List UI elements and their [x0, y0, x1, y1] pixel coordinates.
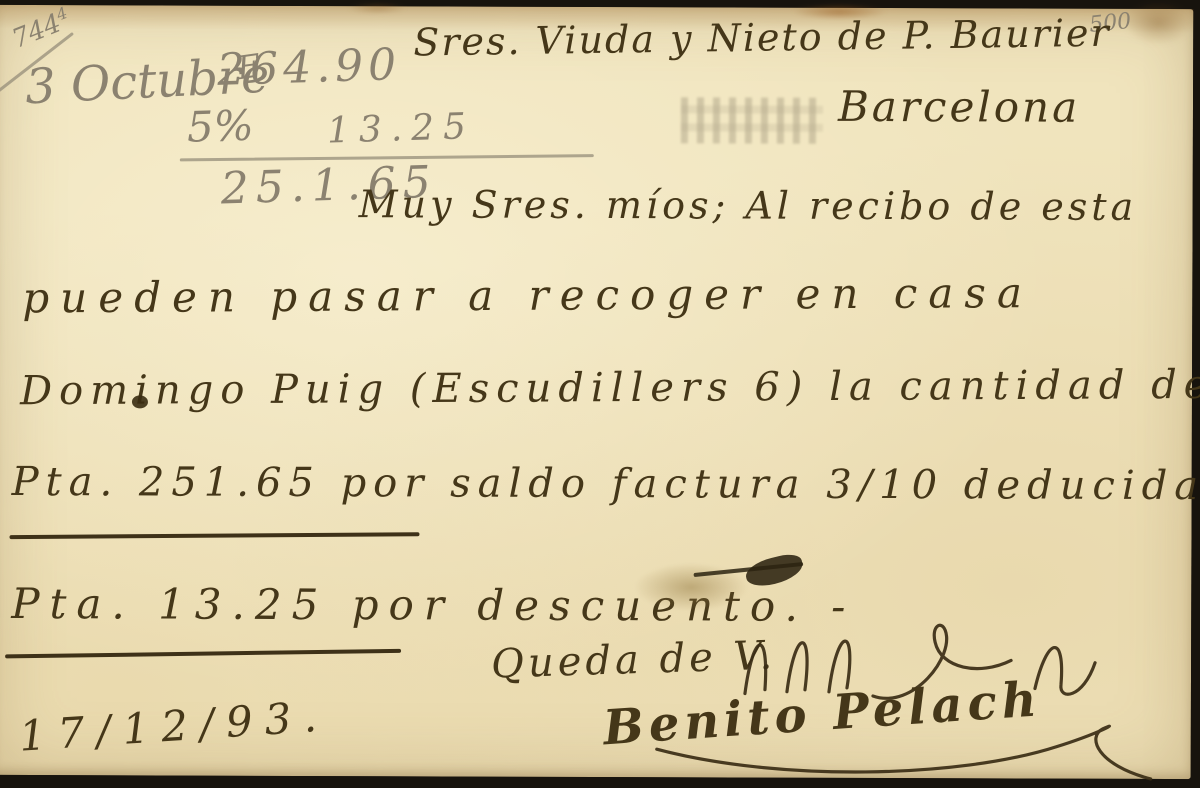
stain — [1123, 1, 1193, 45]
amount-underline-2 — [5, 649, 401, 659]
closing-line: Queda de V. — [490, 633, 776, 688]
photo-backdrop: 7444 E 3 Octubre 264.90 5% 13.25 25.1.65… — [0, 0, 1200, 788]
recipient-city: Barcelona — [838, 82, 1080, 132]
body-line-3: Domingo Puig (Escudillers 6) la cantidad… — [20, 362, 1200, 414]
pencil-gross-amount: 264.90 — [216, 39, 401, 96]
body-line-1: Muy Sres. míos; Al recibo de esta — [359, 182, 1138, 229]
body-line-4: Pta. 251.65 por saldo factura 3/10 deduc… — [12, 459, 1200, 509]
pencil-discount-amount: 13.25 — [326, 106, 475, 152]
handwritten-postcard: 7444 E 3 Octubre 264.90 5% 13.25 25.1.65… — [0, 5, 1193, 779]
body-line-2: pueden pasar a recoger en casa — [22, 268, 1033, 322]
pencil-discount-rate: 5% — [186, 101, 254, 152]
amount-underline-1 — [9, 532, 419, 539]
recipient-line: Sres. Viuda y Nieto de P. Baurier — [413, 11, 1111, 65]
ink-dot — [132, 395, 148, 408]
signature-flourish — [649, 717, 1169, 788]
stain — [347, 2, 407, 14]
faded-stamp — [681, 97, 823, 143]
bottom-date: 17/12/93. — [18, 691, 331, 760]
